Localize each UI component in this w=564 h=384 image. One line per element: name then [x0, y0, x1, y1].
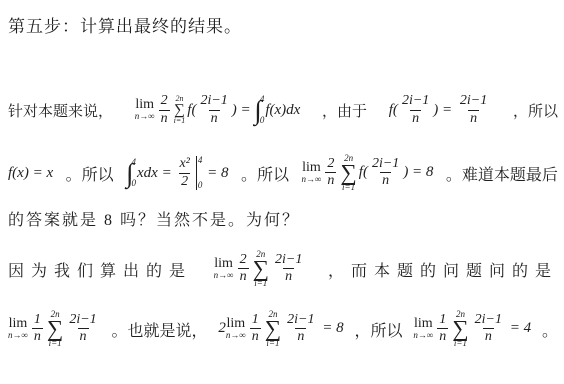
- fraction-numerator: 1: [32, 312, 43, 328]
- sigma-symbol: ∑: [47, 319, 63, 339]
- sigma-symbol: ∑: [174, 103, 185, 117]
- summation-lower-limit: i=1: [454, 339, 467, 348]
- fraction: x²2: [177, 156, 191, 189]
- text-run: ，所以: [354, 318, 402, 341]
- text-run: 因为我们算出的是: [8, 258, 192, 281]
- limit-word: lim: [9, 317, 28, 331]
- sigma-symbol: ∑: [253, 259, 269, 279]
- text-line-step5: 第五步：计算出最终的结果。: [8, 12, 558, 37]
- integral-lower-bound: 0: [132, 179, 137, 188]
- integral-lower-bound: 0: [260, 116, 265, 125]
- summation: 2n∑i=1: [340, 154, 356, 192]
- math-text: 2: [218, 320, 226, 337]
- document-page: 第五步：计算出最终的结果。 针对本题来说， limn→∞2n2n∑i=1f(2i…: [0, 0, 564, 384]
- limit-subscript: n→∞: [214, 271, 234, 281]
- fraction: 2i−1n: [370, 156, 401, 189]
- formula-f-of-term: f(2i−1n) = 2i−1n: [389, 93, 491, 126]
- fraction-denominator: 2: [179, 173, 190, 190]
- fraction: 2i−1n: [273, 252, 304, 285]
- limit-subscript: n→∞: [413, 331, 433, 341]
- fraction: 1n: [32, 312, 43, 345]
- math-text: ) = 8: [403, 164, 433, 181]
- evaluation-bar: 40: [196, 156, 203, 190]
- fraction-denominator: n: [380, 172, 391, 189]
- summation-lower-limit: i=1: [49, 339, 62, 348]
- fraction-denominator: n: [325, 172, 336, 189]
- limit-operator: limn→∞: [413, 317, 433, 341]
- text-line-6: limn→∞1n2n∑i=12i−1n 。也就是说， 2limn→∞1n2n∑i…: [8, 299, 558, 359]
- formula-riemann-sum-equals-integral: limn→∞2n2n∑i=1f(2i−1n) = ∫40f(x)dx: [135, 93, 301, 126]
- fraction-denominator: n: [238, 268, 249, 285]
- fraction: 1n: [437, 312, 448, 345]
- fraction-denominator: n: [483, 328, 494, 345]
- integral-upper-bound: 4: [132, 158, 137, 167]
- limit-word: lim: [226, 317, 245, 331]
- math-text: f(: [359, 164, 368, 181]
- limit-operator: limn→∞: [8, 317, 28, 341]
- integral-bounds: 40: [132, 158, 137, 188]
- fraction: 2i−1n: [285, 312, 316, 345]
- math-text: f(: [187, 102, 196, 119]
- summation: 2n∑i=1: [452, 310, 468, 348]
- limit-operator: limn→∞: [214, 257, 234, 281]
- fraction-denominator: n: [250, 328, 261, 345]
- sigma-symbol: ∑: [452, 319, 468, 339]
- integral: ∫40: [126, 158, 136, 188]
- limit-subscript: n→∞: [8, 331, 28, 341]
- fraction-numerator: 2i−1: [67, 312, 98, 328]
- limit-word: lim: [414, 317, 433, 331]
- text-run: ，所以: [513, 100, 558, 121]
- fraction-numerator: 2: [159, 93, 170, 109]
- integral: ∫40: [254, 95, 264, 125]
- summation-lower-limit: i=1: [174, 117, 186, 125]
- summation-lower-limit: i=1: [266, 339, 279, 348]
- fraction-numerator: 1: [250, 312, 261, 328]
- limit-operator: limn→∞: [226, 317, 246, 341]
- fraction: 2n: [325, 156, 336, 189]
- math-text: = 4: [506, 320, 531, 337]
- formula-integral-evaluation: ∫40xdx = x²240 = 8: [126, 156, 228, 190]
- limit-word: lim: [214, 257, 233, 271]
- text-run: 。所以: [241, 162, 289, 185]
- fraction-denominator: n: [159, 110, 170, 127]
- fraction: 1n: [250, 312, 261, 345]
- limit-operator: limn→∞: [135, 98, 155, 122]
- fraction-denominator: n: [78, 328, 89, 345]
- formula-riemann-sum-equals-8: limn→∞2n2n∑i=1f(2i−1n) = 8: [301, 154, 433, 192]
- limit-word: lim: [302, 161, 321, 175]
- text-run: 针对本题来说，: [8, 100, 113, 121]
- text-line-4: 的答案就是 8 吗？当然不是。为何？: [8, 205, 558, 231]
- math-text: f(x)dx: [265, 102, 300, 119]
- fraction: 2i−1n: [400, 93, 431, 126]
- limit-operator: limn→∞: [301, 161, 321, 185]
- evaluation-upper-bound: 4: [198, 156, 203, 165]
- integral-bounds: 40: [260, 95, 265, 125]
- math-text: f(x) = x: [8, 165, 53, 182]
- fraction: 2i−1n: [473, 312, 504, 345]
- summation-lower-limit: i=1: [254, 279, 267, 288]
- summation: 2n∑i=1: [174, 95, 186, 125]
- fraction-denominator: n: [295, 328, 306, 345]
- formula-f-equals-x: f(x) = x: [8, 165, 53, 182]
- text-line-2: 针对本题来说， limn→∞2n2n∑i=1f(2i−1n) = ∫40f(x)…: [8, 87, 558, 133]
- fraction-numerator: 2i−1: [285, 312, 316, 328]
- fraction-denominator: n: [468, 110, 479, 127]
- math-text: f(: [389, 102, 398, 119]
- text-line-3: f(x) = x 。所以 ∫40xdx = x²240 = 8 。所以 limn…: [8, 145, 558, 201]
- text-run: 的答案就是 8 吗？当然不是。为何？: [8, 207, 300, 230]
- formula-answer-equals-4: limn→∞1n2n∑i=12i−1n = 4: [413, 310, 531, 348]
- evaluation-lower-bound: 0: [198, 181, 203, 190]
- summation: 2n∑i=1: [265, 310, 281, 348]
- text-run: 。所以: [66, 162, 114, 185]
- fraction-numerator: 2i−1: [473, 312, 504, 328]
- text-run: 。难道本题最后: [446, 162, 558, 185]
- text-line-5: 因为我们算出的是 limn→∞2n2n∑i=12i−1n ，而本题的问题问的是: [8, 241, 558, 297]
- summation-lower-limit: i=1: [342, 183, 355, 192]
- fraction: 2i−1n: [458, 93, 489, 126]
- limit-subscript: n→∞: [135, 112, 155, 122]
- math-text: xdx =: [137, 165, 175, 182]
- sigma-symbol: ∑: [265, 319, 281, 339]
- fraction-numerator: 2: [325, 156, 336, 172]
- fraction-numerator: 2i−1: [198, 93, 229, 109]
- text-run: ，而本题的问题问的是: [328, 258, 558, 281]
- fraction-numerator: 2i−1: [273, 252, 304, 268]
- math-text: = 8: [203, 165, 228, 182]
- fraction: 2i−1n: [67, 312, 98, 345]
- summation: 2n∑i=1: [47, 310, 63, 348]
- fraction-denominator: n: [437, 328, 448, 345]
- text-run: 。: [542, 318, 558, 341]
- formula-asked-sum: limn→∞1n2n∑i=12i−1n: [8, 310, 101, 348]
- math-text: ) =: [232, 102, 255, 119]
- math-text: = 8: [319, 320, 344, 337]
- formula-twice-sum-equals-8: 2limn→∞1n2n∑i=12i−1n = 8: [218, 310, 343, 348]
- limit-word: lim: [135, 98, 154, 112]
- formula-computed-sum: limn→∞2n2n∑i=12i−1n: [214, 250, 307, 288]
- sigma-symbol: ∑: [340, 163, 356, 183]
- summation: 2n∑i=1: [253, 250, 269, 288]
- step5-heading-text: 第五步：计算出最终的结果。: [8, 12, 242, 37]
- text-run: 。也就是说，: [112, 318, 208, 341]
- limit-subscript: n→∞: [226, 331, 246, 341]
- fraction-denominator: n: [209, 110, 220, 127]
- integral-upper-bound: 4: [260, 95, 265, 104]
- limit-subscript: n→∞: [301, 175, 321, 185]
- fraction-numerator: 1: [437, 312, 448, 328]
- fraction-denominator: n: [32, 328, 43, 345]
- fraction-denominator: n: [283, 268, 294, 285]
- fraction: 2i−1n: [198, 93, 229, 126]
- fraction-numerator: 2i−1: [458, 93, 489, 109]
- math-text: ) =: [433, 102, 456, 119]
- text-run: ，由于: [322, 100, 367, 121]
- fraction-numerator: x²: [177, 156, 191, 172]
- fraction-numerator: 2: [238, 252, 249, 268]
- fraction: 2n: [238, 252, 249, 285]
- fraction-numerator: 2i−1: [400, 93, 431, 109]
- fraction: 2n: [159, 93, 170, 126]
- fraction-denominator: n: [410, 110, 421, 127]
- fraction-numerator: 2i−1: [370, 156, 401, 172]
